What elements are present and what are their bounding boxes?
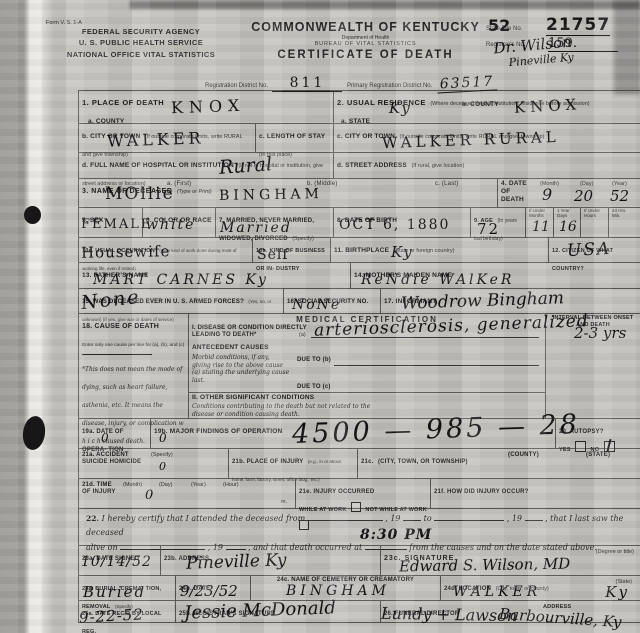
due-to-c-label: DUE TO (c)	[297, 384, 331, 391]
field-21b-place-of-injury: 21b. PLACE OF INJURY (e.g., in or about …	[229, 449, 358, 479]
field-21d-month-label: (Month)	[123, 482, 142, 488]
field-3c-last-value: BINGHAM	[219, 186, 323, 204]
field-21a-value: 0	[159, 460, 166, 473]
field-26-value: Lundy + Lawson	[381, 604, 517, 625]
field-22-certification: 22. I hereby certify that I attended the…	[79, 509, 640, 546]
field-18-part2-label: II. OTHER SIGNIFICANT CONDITIONS	[192, 394, 314, 402]
field-10a-occupation: 10a. USUAL OCCUPATION (Give kind of work…	[79, 238, 253, 263]
field-4-month-value: 9	[542, 185, 552, 204]
field-19a-date-of-operation: 19a. DATE OF OPERA- TION 0	[79, 419, 151, 449]
field-24a-value: Buried	[83, 583, 146, 601]
field-2b-county-label: b. COUNTY	[462, 101, 499, 109]
field-3c-last-label: c. (Last)	[435, 181, 458, 188]
field-4-day-value: 20	[574, 187, 593, 205]
field-19b-label: 19b. MAJOR FINDINGS OF OPERATION	[154, 428, 282, 435]
field-11-birthplace: 11. BIRTHPLACE (State or foreign country…	[331, 238, 549, 263]
field-24d-state-value: Ky	[605, 583, 630, 601]
punch-hole-top	[24, 206, 41, 224]
field-26-address-value: Barbourville, Ky	[499, 605, 623, 632]
field-2-title: 2. USUAL RESIDENCE	[337, 98, 426, 107]
field-4-year-value: 52	[610, 187, 629, 205]
field-2c-city: c. CITY OR TOWN (If outside corporate li…	[334, 124, 640, 153]
blank-line	[403, 513, 421, 521]
blank-line	[308, 513, 383, 521]
due-to-b-label: DUE TO (b)	[297, 357, 331, 364]
field-10b-value: Self	[257, 247, 289, 263]
field-9-days-value: 16	[559, 219, 577, 235]
field-2-usual-residence: 2. USUAL RESIDENCE (Where deceased lived…	[334, 91, 640, 124]
field-9-days: 1 Year Days 16	[554, 208, 581, 238]
field-19a-value: 0	[101, 431, 109, 445]
state-file-number: 21757	[546, 15, 610, 36]
field-4-date-of-death: 4. DATE OF DEATH (Month) (Day) (Year) 9 …	[498, 179, 640, 208]
field-12-value: USA	[567, 239, 612, 261]
field-13-fathers-name: 13. FATHER'S NAME MART CARNES Ky	[79, 263, 351, 289]
field-5-sex: 5. SEX FEMALE	[79, 208, 143, 238]
cert-text-3: to	[424, 514, 432, 523]
doctor-annotation: Dr. Wilson Pineville Ky	[493, 33, 574, 71]
field-23c-signature: 23c. SIGNATURE (Degree or title) Edward …	[381, 546, 640, 576]
field-1d-hospital: d. FULL NAME OF HOSPITAL OR INSTITUTION …	[79, 153, 334, 179]
field-21e-injury-occurred: 21e. INJURY OCCURRED WHILE AT WORK NOT W…	[296, 479, 431, 509]
field-8-value: OCT 6, 1880	[339, 217, 450, 233]
field-23a-value: 10/14/52	[81, 554, 152, 570]
field-5-value: FEMALE	[81, 217, 152, 232]
field-24b-date: 24b. DATE 9/23/52	[176, 576, 251, 601]
field-25b-registrar-signature: 25b. REGISTRAR'S SIGNATURE Jessie McDona…	[176, 601, 381, 623]
field-3-name-of-deceased: 3. NAME OF DECEASED (Type or Print) a. (…	[79, 179, 498, 208]
field-9-min: 24 Hrs. Min.	[609, 208, 640, 238]
field-16-social-security: 16. SOCIAL SECURITY NO. NoNe	[284, 289, 381, 314]
field-24d-location: 24d. LOCATION (City, town, or county) (S…	[441, 576, 640, 601]
field-1a-county-value: KNOX	[171, 96, 246, 118]
field-1c-length-of-stay: c. LENGTH OF STAY (In this place)	[256, 124, 334, 153]
state-file-stamp: 52	[488, 16, 510, 35]
field-15-armed-forces: 15. WAS DECEASED EVER IN U. S. ARMED FOR…	[79, 289, 284, 314]
antecedent-causes-note: Morbid conditions, if any, giving rise t…	[192, 354, 290, 384]
field-14-value: ReNdie WAlKeR	[361, 272, 514, 288]
field-9-age: 9. AGE (In years last birthday) 72	[471, 208, 526, 238]
field-21c-location: 21c. (CITY, TOWN, OR TOWNSHIP) (COUNTY) …	[358, 449, 640, 479]
registration-district-line: Registration District No. 811 Primary Re…	[205, 74, 640, 92]
blank-line	[525, 513, 543, 521]
field-9-months-value: 11	[532, 219, 550, 235]
certificate-title: CERTIFICATE OF DEATH	[243, 49, 488, 61]
medical-certification-area: MEDICAL CERTIFICATION I. DISEASE OR COND…	[189, 314, 546, 419]
field-17-informant: 17. INFORMANT Woodrow Bingham	[381, 289, 640, 314]
field-21c-state-label: (STATE)	[586, 452, 610, 459]
field-21d-day-label: (Day)	[159, 482, 172, 488]
field-23b-address: 23b. ADDRESS Pineville Ky	[161, 546, 381, 576]
field-4-label: 4. DATE OF DEATH	[501, 180, 535, 203]
field-6-value: white	[146, 217, 195, 233]
field-1-place-of-death: 1. PLACE OF DEATH a. COUNTY KNOX	[79, 91, 334, 124]
field-22-number: 22.	[86, 514, 99, 523]
field-18-cause-of-death: 18. CAUSE OF DEATH Enter only one cause …	[79, 314, 189, 419]
field-14-mothers-maiden-name: 14. MOTHER'S MAIDEN NAME ReNdie WAlKeR	[351, 263, 640, 289]
agency-line-1: FEDERAL SECURITY AGENCY	[46, 26, 236, 37]
field-21d-suffix: m.	[281, 499, 287, 505]
field-24b-value: 9/23/52	[180, 582, 238, 600]
field-1b-city-value: WALKER	[107, 128, 205, 150]
field-21d-label: 21d. TIME OF INJURY	[82, 482, 116, 496]
field-24d-value: WALKER	[453, 584, 541, 600]
blank-line	[334, 358, 539, 366]
field-1-title: 1. PLACE OF DEATH	[82, 98, 164, 107]
field-13-value: MART CARNES Ky	[93, 272, 269, 288]
field-21a-accident-suicide-homicide: 21a. ACCIDENT SUICIDE HOMICIDE (Specify)…	[79, 449, 229, 479]
interval-value: 2-3 yrs	[574, 324, 626, 342]
field-9-hours: If Under Hours	[581, 208, 609, 238]
field-26-funeral-director: 26. FUNERAL DIRECTOR ADDRESS Lundy + Law…	[381, 601, 640, 623]
field-3-note: (Type or Print)	[177, 189, 212, 195]
field-21c-city-label: (CITY, TOWN, OR TOWNSHIP)	[378, 459, 468, 465]
field-16-value: NoNe	[292, 297, 341, 313]
field-19b-value: 0	[159, 431, 167, 445]
field-25b-value: Jessie McDonald	[184, 597, 336, 623]
scan-artifact-top	[130, 0, 640, 9]
field-21e-label: 21e. INJURY OCCURRED	[299, 489, 374, 495]
reg-district-label: Registration District No.	[205, 83, 268, 89]
field-21a-label: 21a. ACCIDENT SUICIDE HOMICIDE	[82, 452, 142, 466]
field-24c-value: BINGHAM	[286, 583, 390, 599]
divider	[189, 392, 545, 393]
field-2a-state-value: Ky	[389, 99, 412, 117]
field-11-label: 11. BIRTHPLACE	[334, 247, 389, 254]
agency-line-2: U. S. PUBLIC HEALTH SERVICE	[46, 37, 236, 48]
field-24a-burial: 24a. BURIAL, CREMA- TION, REMOVAL (Speci…	[79, 576, 176, 601]
field-12-citizen: 12. CITIZEN OF WHAT COUNTRY? USA	[549, 238, 640, 263]
field-7-marital-status: 7. MARRIED, NEVER MARRIED, WIDOWED, DIVO…	[216, 208, 334, 238]
field-25a-value: 9-22-52	[79, 605, 145, 626]
field-10a-value: Housewife	[81, 242, 171, 262]
reg-district-value: 811	[272, 75, 342, 92]
field-11-value: Ky	[391, 243, 414, 261]
scan-artifact-corner	[614, 0, 640, 95]
bureau-vital-statistics: BUREAU OF VITAL STATISTICS	[243, 41, 488, 47]
field-21c-prefix: 21c.	[361, 459, 373, 465]
field-1d-hosp-value: Rural	[218, 153, 272, 179]
punch-hole-bottom	[21, 415, 48, 452]
field-8-date-of-birth: 8. DATE OF BIRTH OCT 6, 1880	[334, 208, 471, 238]
commonwealth-title: COMMONWEALTH OF KENTUCKY	[243, 20, 488, 34]
primary-reg-label: Primary Registration District No.	[347, 83, 432, 89]
cert-text-4: , 19	[507, 514, 522, 523]
field-2d-street-address: d. STREET ADDRESS (If rural, give locati…	[334, 153, 640, 179]
field-18-part1-label: I. DISEASE OR CONDITION DIRECTLY LEADING…	[192, 325, 312, 339]
field-10b-industry: 10b. KIND OF BUSINESS OR IN- DUSTRY Self	[253, 238, 331, 263]
field-2d-street-note: (If rural, give location)	[411, 163, 464, 169]
field-23c-note: (Degree or title)	[596, 549, 634, 555]
divider	[82, 354, 152, 355]
field-21b-label: 21b. PLACE OF INJURY	[232, 459, 303, 465]
field-9-hours-h2: Hours	[584, 214, 605, 219]
field-23b-value: Pineville Ky	[186, 550, 287, 573]
field-18-note: Enter only one cause per line for (a), (…	[82, 343, 184, 348]
field-7-value: Married	[220, 220, 292, 236]
field-15-value: None	[80, 286, 142, 314]
field-21d-year-label: (Year)	[191, 482, 206, 488]
field-21f-label: 21f. HOW DID INJURY OCCUR?	[434, 489, 529, 495]
field-17-value: Woodrow Bingham	[401, 288, 565, 314]
field-18-label: 18. CAUSE OF DEATH	[82, 323, 159, 330]
field-1d-hosp-label: d. FULL NAME OF HOSPITAL OR INSTITUTION	[82, 162, 234, 169]
field-1c-stay-label: c. LENGTH OF STAY	[259, 133, 325, 140]
field-2b-county-value: KNOX	[514, 95, 582, 116]
field-9-months: If Under Months 11	[526, 208, 554, 238]
field-22-time-value: 8:30 PM	[360, 523, 432, 548]
death-certificate-scan: Form V. S. 1-A FEDERAL SECURITY AGENCY U…	[0, 0, 640, 633]
field-21d-hour-label: (Hour)	[223, 482, 239, 488]
field-2d-street-label: d. STREET ADDRESS	[337, 162, 407, 169]
field-2c-city-value: WALKER RURAL	[382, 128, 560, 152]
cert-text-2: , 19	[385, 514, 400, 523]
field-9-value: 72	[477, 220, 500, 238]
primary-reg-value: 63517	[436, 73, 497, 93]
field-3a-first-value: MOllie	[105, 184, 175, 204]
header-title-block: COMMONWEALTH OF KENTUCKY Department of H…	[243, 20, 488, 61]
field-24c-cemetery: 24c. NAME OF CEMETERY OR CREAMATORY BING…	[251, 576, 441, 601]
field-21d-value: 0	[145, 488, 153, 503]
field-21d-time-of-injury: 21d. TIME OF INJURY (Month) (Day) (Year)…	[79, 479, 296, 509]
field-21f-how-injury-occurred: 21f. HOW DID INJURY OCCUR?	[431, 479, 640, 509]
field-21c-county-label: (COUNTY)	[508, 452, 539, 459]
antecedent-causes-title: ANTECEDENT CAUSES	[192, 344, 269, 352]
field-25a-date-received: 25a. DATE REC'D BY LOCAL REG. 9-22-52	[79, 601, 176, 623]
field-1b-city: b. CITY OR TOWN (If outside corporate li…	[79, 124, 256, 153]
agency-line-3: NATIONAL OFFICE VITAL STATISTICS	[46, 49, 236, 60]
header-agency-block: Form V. S. 1-A FEDERAL SECURITY AGENCY U…	[46, 20, 236, 60]
field-23a-date-signed: 23a. DATE SIGNED 10/14/52	[79, 546, 161, 576]
blank-line	[434, 513, 504, 521]
field-9-min-h2: Min.	[612, 214, 637, 219]
field-23c-value: Edward S. Wilson, MD	[399, 555, 571, 576]
field-21a-note: (Specify)	[151, 452, 173, 458]
field-6-color-or-race: 6. COLOR OR RACE white	[143, 208, 216, 238]
cert-text-1: I hereby certify that I attended the dec…	[102, 514, 306, 523]
field-18-part1-a: (a)	[299, 332, 306, 338]
certificate-form: 1. PLACE OF DEATH a. COUNTY KNOX 2. USUA…	[78, 90, 640, 623]
